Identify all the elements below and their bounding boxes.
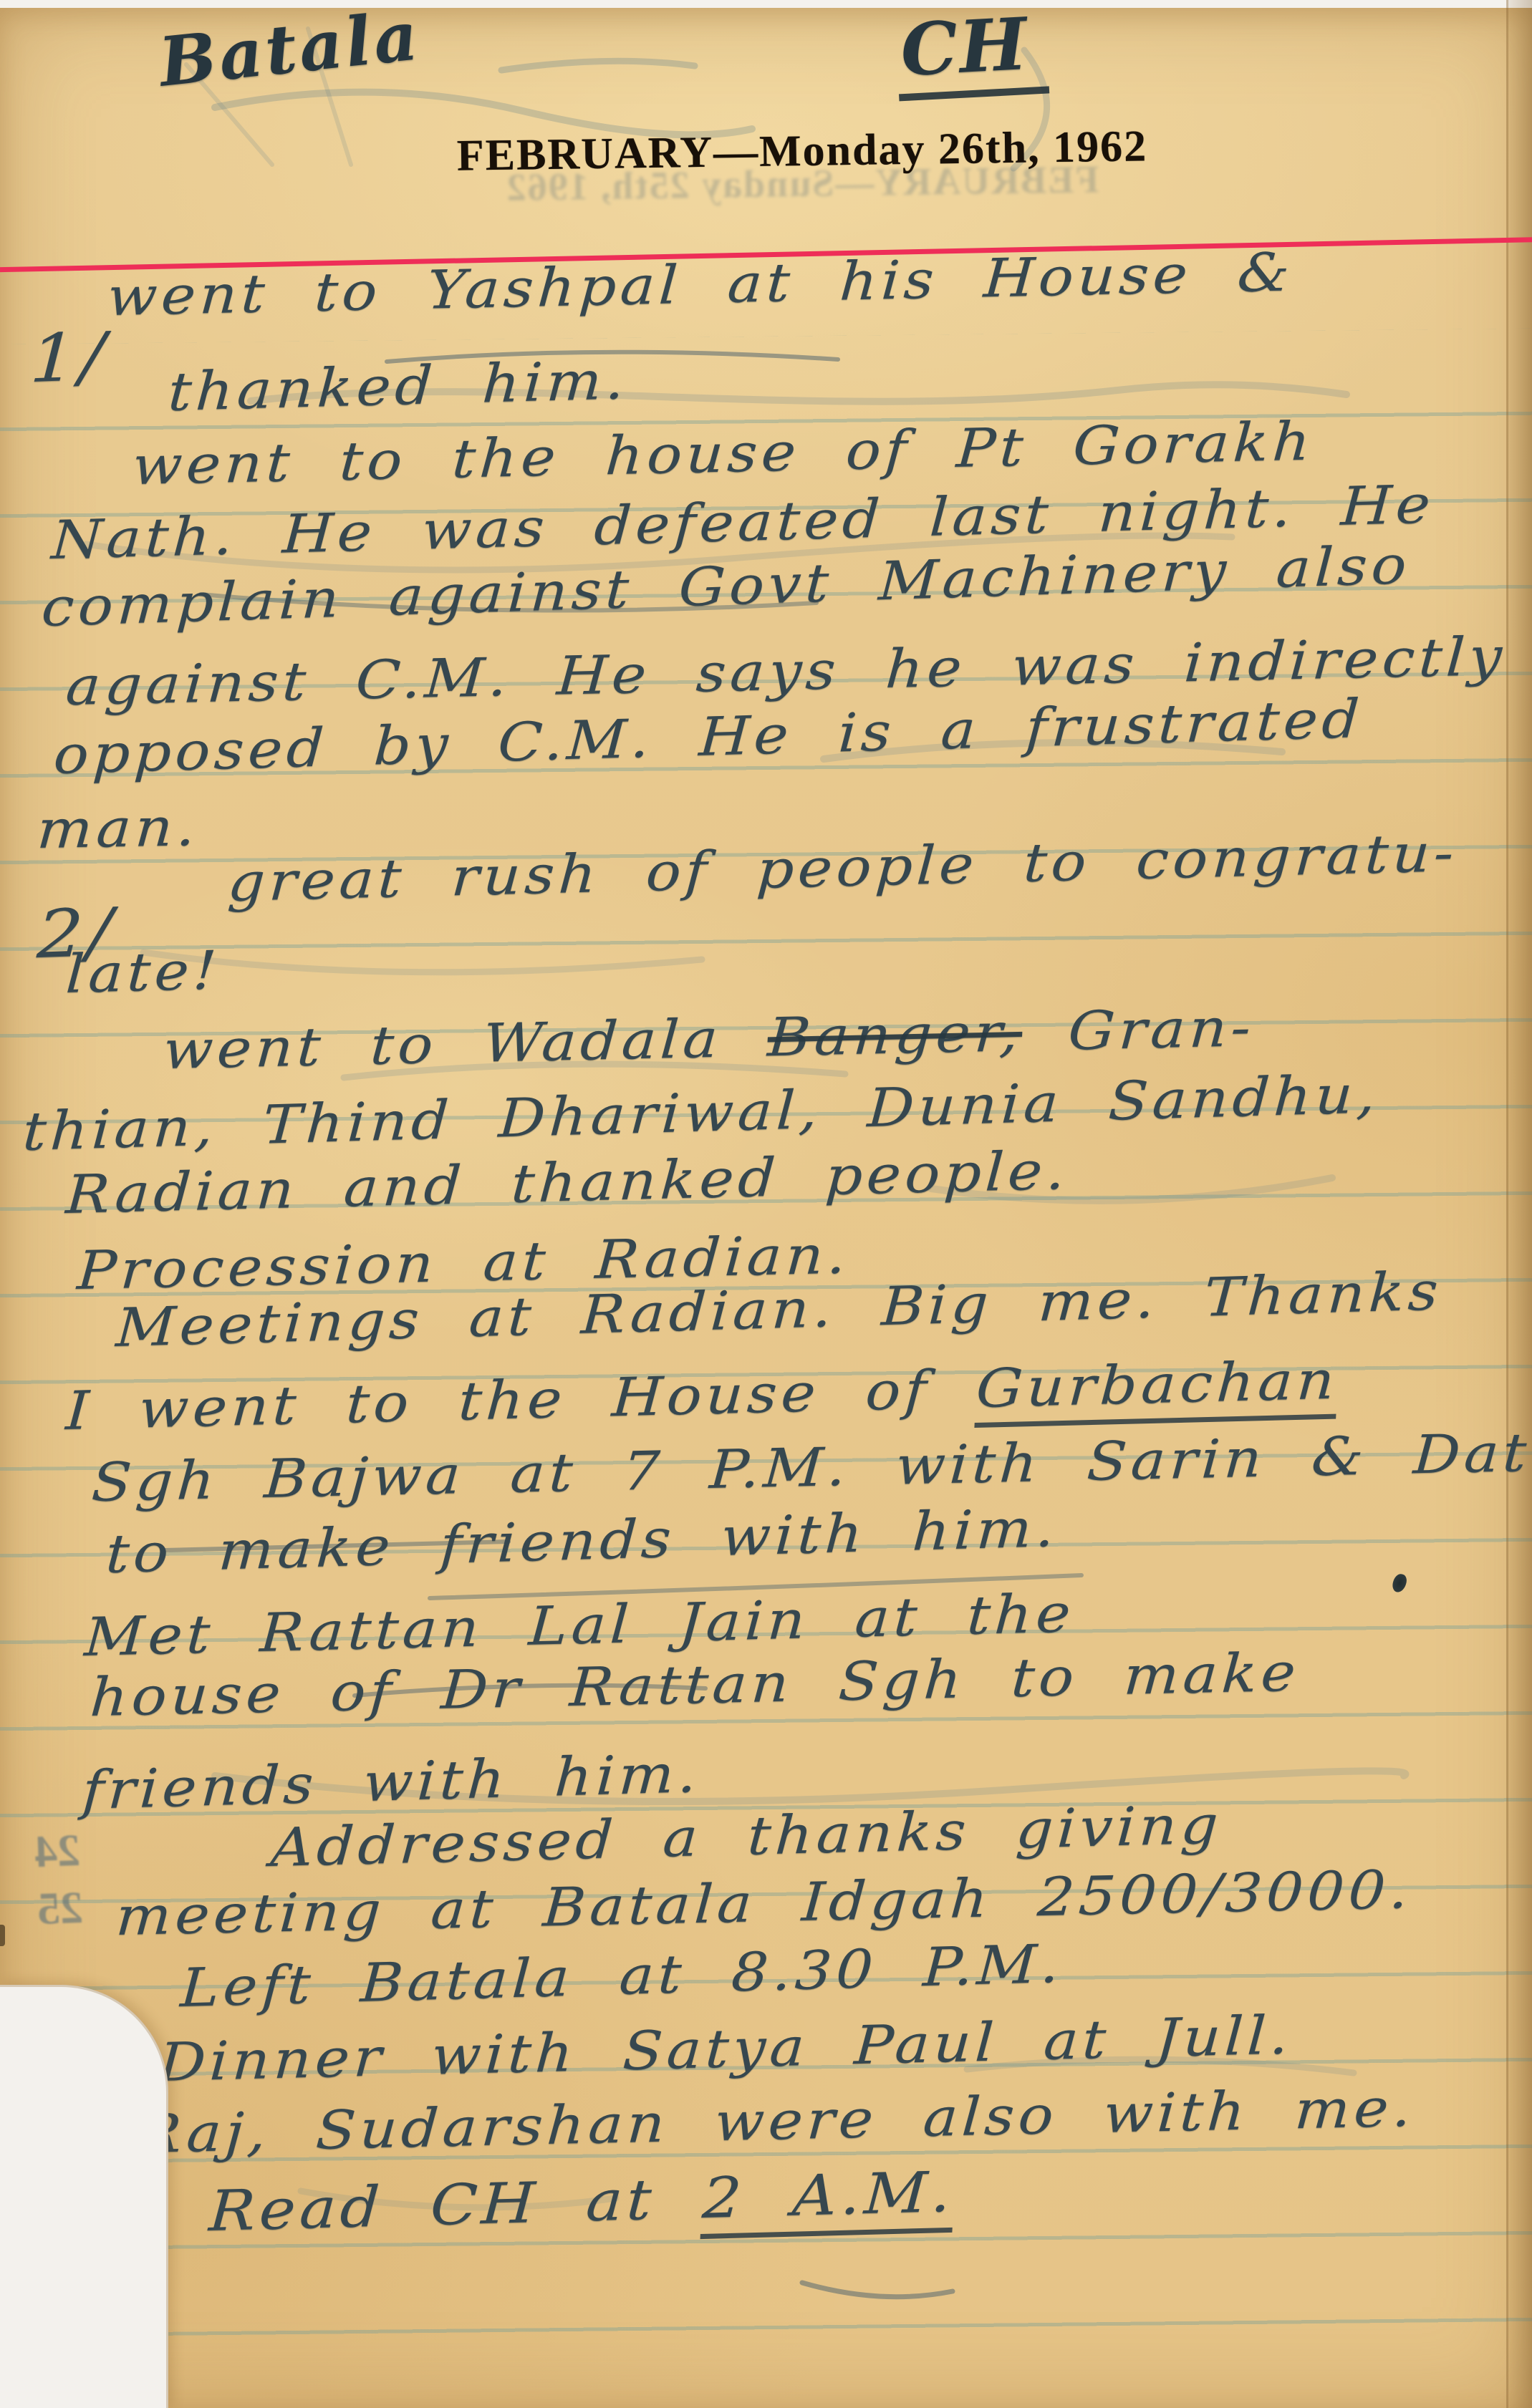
scanned-diary-page: { "page": { "location_note": "Batala", "… xyxy=(0,0,1532,2408)
printed-date-header: FEBRUARY—Monday 26th, 1962 xyxy=(444,121,1161,182)
u-text: Gurbachan xyxy=(974,1350,1339,1428)
text-segment: Read CH at xyxy=(208,2167,704,2244)
handwritten-line-11: late! xyxy=(64,939,222,1005)
entry-marker-1: 1/ xyxy=(29,318,110,397)
u-text: 2 A.M. xyxy=(700,2160,956,2239)
text-segment: went to Wadala xyxy=(162,1007,770,1081)
right-crease xyxy=(1506,0,1508,2408)
paper-top-edge xyxy=(0,0,1532,8)
text-segment: Gran- xyxy=(1021,997,1256,1063)
strike-text: Banger, xyxy=(766,1002,1024,1069)
page-number-25: 25 xyxy=(37,1881,85,1935)
ch-note: CH xyxy=(895,1,1050,102)
handwritten-line-8: man. xyxy=(35,796,201,861)
right-page-edge xyxy=(1508,0,1532,2408)
left-edge-nick xyxy=(0,1925,5,1946)
cut-corner-notch xyxy=(0,1985,168,2408)
page-number-24: 24 xyxy=(34,1824,82,1878)
handwritten-line-2: thanked him. xyxy=(167,349,630,423)
